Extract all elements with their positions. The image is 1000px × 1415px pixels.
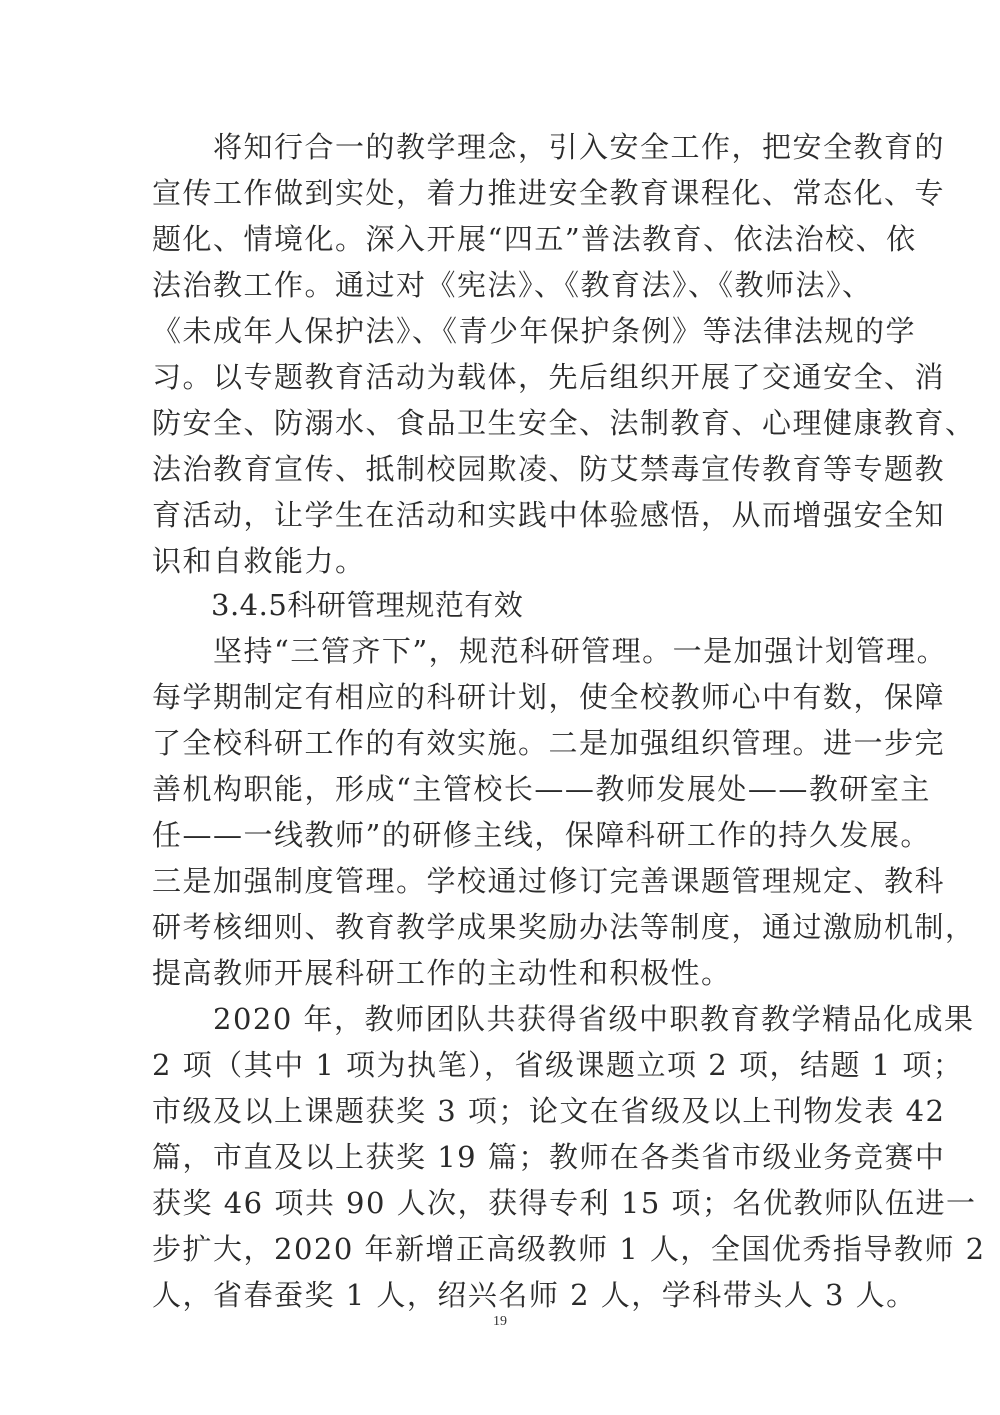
text-line: 识和自救能力。 [152, 541, 852, 581]
text-line: 了全校科研工作的有效实施。二是加强组织管理。进一步完 [152, 723, 852, 763]
text-line: 2020 年，教师团队共获得省级中职教育教学精品化成果 [152, 999, 852, 1039]
text-line: 三是加强制度管理。学校通过修订完善课题管理规定、教科 [152, 861, 852, 901]
text-line: 习。以专题教育活动为载体，先后组织开展了交通安全、消 [152, 357, 852, 397]
text-line: 坚持“三管齐下”，规范科研管理。一是加强计划管理。 [152, 631, 852, 671]
text-line: 人，省春蚕奖 1 人，绍兴名师 2 人，学科带头人 3 人。 [152, 1275, 852, 1315]
text-line: 防安全、防溺水、食品卫生安全、法制教育、心理健康教育、 [152, 403, 852, 443]
text-line: 育活动，让学生在活动和实践中体验感悟，从而增强安全知 [152, 495, 852, 535]
text-line: 宣传工作做到实处，着力推进安全教育课程化、常态化、专 [152, 173, 852, 213]
section-heading: 3.4.5科研管理规范有效 [152, 585, 852, 625]
text-line: 提高教师开展科研工作的主动性和积极性。 [152, 953, 852, 993]
text-line: 善机构职能，形成“主管校长——教师发展处——教研室主 [152, 769, 852, 809]
text-line: 法治教工作。通过对《宪法》、《教育法》、《教师法》、 [152, 265, 852, 305]
text-line: 篇，市直及以上获奖 19 篇；教师在各类省市级业务竞赛中 [152, 1137, 852, 1177]
text-line: 每学期制定有相应的科研计划，使全校教师心中有数，保障 [152, 677, 852, 717]
text-line: 获奖 46 项共 90 人次，获得专利 15 项；名优教师队伍进一 [152, 1183, 852, 1223]
text-line: 将知行合一的教学理念，引入安全工作，把安全教育的 [152, 127, 852, 167]
text-line: 研考核细则、教育教学成果奖励办法等制度，通过激励机制， [152, 907, 852, 947]
text-line: 题化、情境化。深入开展“四五”普法教育、依法治校、依 [152, 219, 852, 259]
text-line: 法治教育宣传、抵制校园欺凌、防艾禁毒宣传教育等专题教 [152, 449, 852, 489]
page-number: 19 [0, 1314, 1000, 1330]
text-line: 《未成年人保护法》、《青少年保护条例》等法律法规的学 [152, 311, 852, 351]
document-page: 将知行合一的教学理念，引入安全工作，把安全教育的 宣传工作做到实处，着力推进安全… [0, 0, 1000, 1415]
text-line: 任——一线教师”的研修主线，保障科研工作的持久发展。 [152, 815, 852, 855]
text-line: 2 项（其中 1 项为执笔），省级课题立项 2 项，结题 1 项； [152, 1045, 852, 1085]
text-line: 市级及以上课题获奖 3 项；论文在省级及以上刊物发表 42 [152, 1091, 852, 1131]
text-line: 步扩大，2020 年新增正高级教师 1 人，全国优秀指导教师 2 [152, 1229, 852, 1269]
